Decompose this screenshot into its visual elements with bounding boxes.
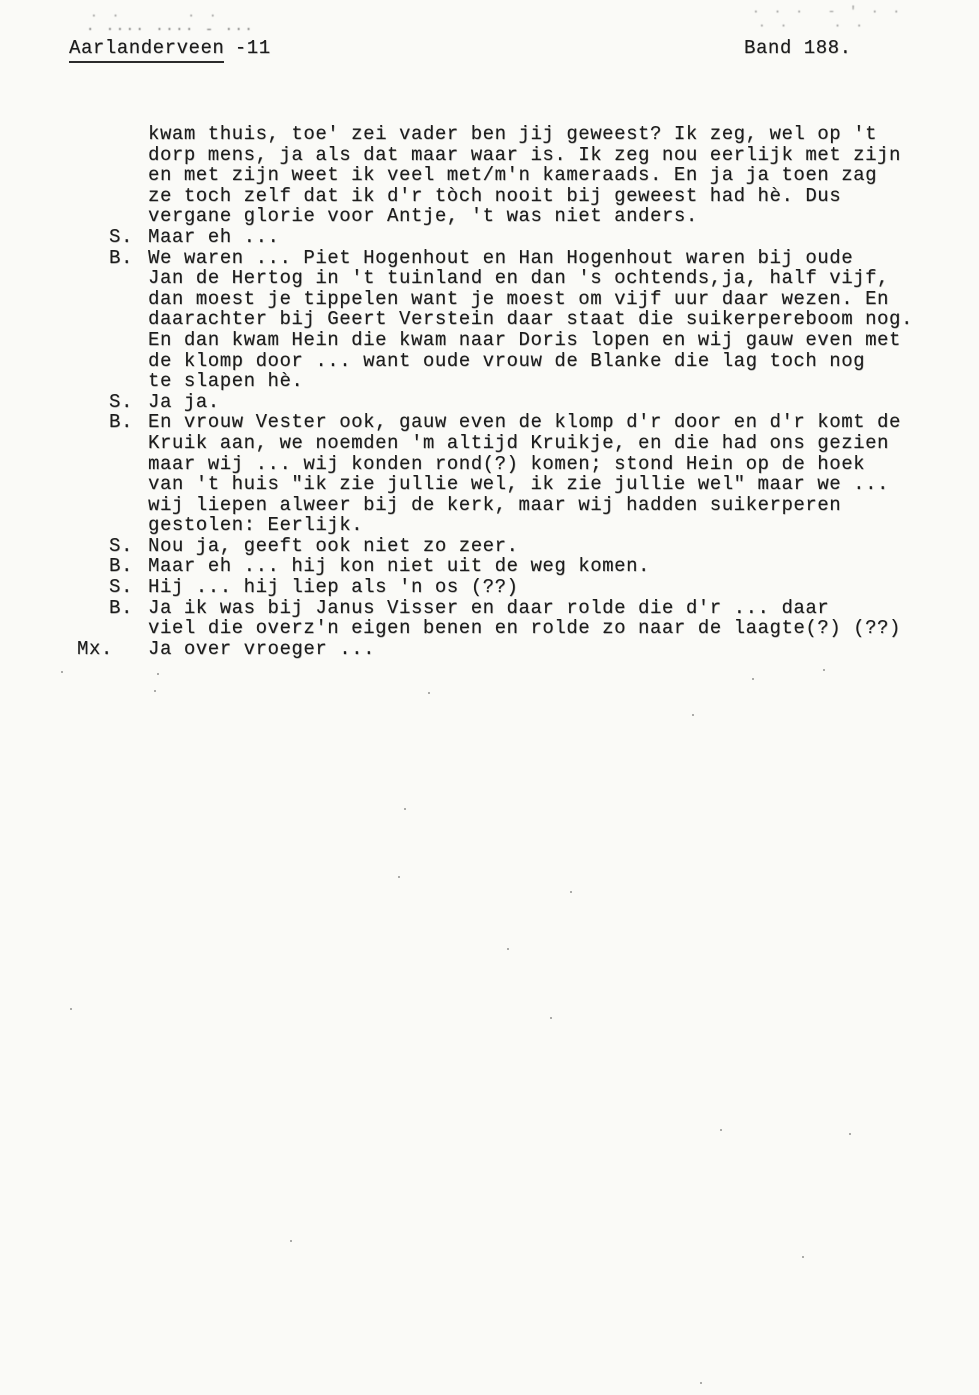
scan-speck <box>692 714 694 716</box>
transcript-line: Ja over vroeger ... <box>148 639 948 660</box>
transcript-line: Maar eh ... hij kon niet uit de weg kome… <box>148 556 948 577</box>
speaker-label: B. <box>109 248 133 269</box>
transcript-line: daarachter bij Geert Verstein daar staat… <box>148 309 948 330</box>
transcript-line: dorp mens, ja als dat maar waar is. Ik z… <box>148 145 948 166</box>
scan-speck <box>398 876 400 878</box>
transcript-entry: B.Maar eh ... hij kon niet uit de weg ko… <box>148 556 948 577</box>
transcript-entry: B.We waren ... Piet Hogenhout en Han Hog… <box>148 248 948 392</box>
transcript-entry: Mx.Ja over vroeger ... <box>148 639 948 660</box>
transcript-line: gestolen: Eerlijk. <box>148 515 948 536</box>
document-title-number: -11 <box>235 37 271 59</box>
scan-speck <box>720 1129 722 1131</box>
transcript-line: En vrouw Vester ook, gauw even de klomp … <box>148 412 948 433</box>
scan-speck <box>428 692 430 694</box>
transcript-line: dan moest je tippelen want je moest om v… <box>148 289 948 310</box>
transcript-line: vergane glorie voor Antje, 't was niet a… <box>148 206 948 227</box>
scan-speck <box>290 1240 292 1242</box>
scan-speck <box>70 1008 72 1010</box>
transcript-line: ze toch zelf dat ik d'r tòch nooit bij g… <box>148 186 948 207</box>
transcript-line: kwam thuis, toe' zei vader ben jij gewee… <box>148 124 948 145</box>
speaker-label: B. <box>109 556 133 577</box>
scan-speck <box>570 891 572 893</box>
scan-smudge-top-left: · · · · <box>90 8 220 23</box>
speaker-label: Mx. <box>77 639 113 660</box>
transcript-entry: S.Ja ja. <box>148 392 948 413</box>
scan-speck <box>802 1256 804 1258</box>
transcript-line: We waren ... Piet Hogenhout en Han Hogen… <box>148 248 948 269</box>
transcript-line: Hij ... hij liep als 'n os (??) <box>148 577 948 598</box>
scan-speck <box>404 808 406 810</box>
transcript-line: de klomp door ... want oude vrouw de Bla… <box>148 351 948 372</box>
speaker-label: S. <box>109 227 133 248</box>
transcript-line: Jan de Hertog in 't tuinland en dan 's o… <box>148 268 948 289</box>
speaker-label: B. <box>109 412 133 433</box>
transcript-line: Maar eh ... <box>148 227 948 248</box>
page-title: Aarlanderveen-11 <box>69 37 271 59</box>
transcript-entry: S.Hij ... hij liep als 'n os (??) <box>148 577 948 598</box>
transcript-line: van 't huis "ik zie jullie wel, ik zie j… <box>148 474 948 495</box>
transcript-line: Nou ja, geeft ook niet zo zeer. <box>148 536 948 557</box>
transcript-entry: S.Maar eh ... <box>148 227 948 248</box>
transcript-line: maar wij ... wij konden rond(?) komen; s… <box>148 454 948 475</box>
transcript-line: wij liepen alweer bij de kerk, maar wij … <box>148 495 948 516</box>
scan-smudge-top-right: · · · · <box>758 18 866 33</box>
document-title-text: Aarlanderveen <box>69 37 224 63</box>
transcript-entry: S.Nou ja, geeft ook niet zo zeer. <box>148 536 948 557</box>
transcript-entry: B.Ja ik was bij Janus Visser en daar rol… <box>148 598 948 639</box>
transcript-entry: B.En vrouw Vester ook, gauw even de klom… <box>148 412 948 536</box>
transcript-line: viel die overz'n eigen benen en rolde zo… <box>148 618 948 639</box>
transcript-line: Kruik aan, we noemden 'm altijd Kruikje,… <box>148 433 948 454</box>
scanned-document-page: · · · · · ···· ···· - ··· · · · - ' · · … <box>0 0 979 1395</box>
scan-speck <box>823 669 825 671</box>
scan-speck <box>700 1382 702 1384</box>
scan-speck <box>157 673 159 675</box>
scan-speck <box>849 1133 851 1135</box>
scan-speck <box>507 948 509 950</box>
transcript-line: Ja ja. <box>148 392 948 413</box>
scan-smudge-top-left: · ···· ···· - ··· <box>86 22 254 38</box>
scan-speck <box>550 1017 552 1019</box>
transcript-line: En dan kwam Hein die kwam naar Doris lop… <box>148 330 948 351</box>
band-number: Band 188. <box>744 37 852 59</box>
speaker-label: S. <box>109 536 133 557</box>
scan-speck <box>154 690 156 692</box>
transcript: kwam thuis, toe' zei vader ben jij gewee… <box>148 124 948 659</box>
speaker-label: S. <box>109 577 133 598</box>
transcript-entry: kwam thuis, toe' zei vader ben jij gewee… <box>148 124 948 227</box>
transcript-line: te slapen hè. <box>148 371 948 392</box>
scan-speck <box>61 671 63 673</box>
speaker-label: S. <box>109 392 133 413</box>
transcript-line: en met zijn weet ik veel met/m'n kameraa… <box>148 165 948 186</box>
speaker-label: B. <box>109 598 133 619</box>
transcript-line: Ja ik was bij Janus Visser en daar rolde… <box>148 598 948 619</box>
scan-speck <box>752 678 754 680</box>
scan-smudge-top-right: · · · - ' · · <box>752 4 903 19</box>
